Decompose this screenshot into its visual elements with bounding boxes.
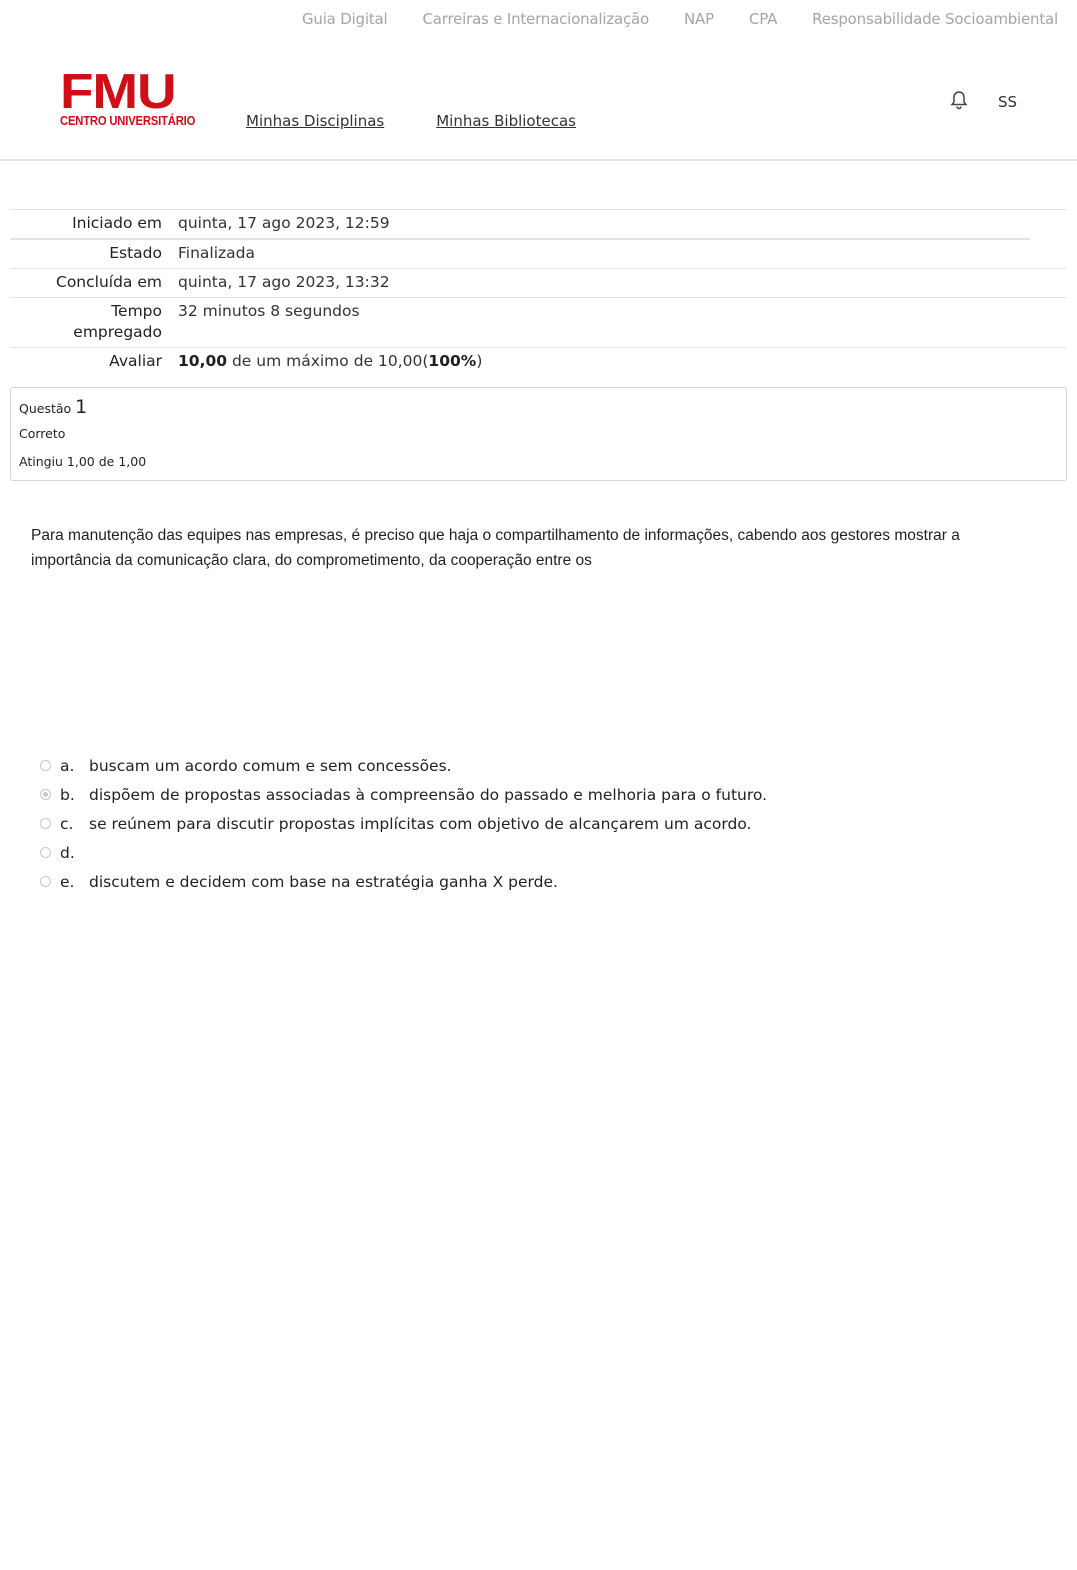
answer-option-b[interactable]: b.dispõem de propostas associadas à comp… — [40, 780, 767, 809]
summary-row-grade: Avaliar 10,00 de um máximo de 10,00(100%… — [10, 347, 1067, 376]
top-nav-carreiras[interactable]: Carreiras e Internacionalização — [423, 10, 650, 28]
summary-row-completed: Concluída em quinta, 17 ago 2023, 13:32 — [10, 268, 1067, 297]
answer-option-d[interactable]: d. — [40, 838, 767, 867]
top-nav: Guia Digital Carreiras e Internacionaliz… — [302, 10, 1058, 28]
top-nav-nap[interactable]: NAP — [684, 10, 714, 28]
summary-row-time: Tempoempregado 32 minutos 8 segundos — [10, 297, 1067, 347]
top-nav-cpa[interactable]: CPA — [749, 10, 777, 28]
top-nav-responsabilidade[interactable]: Responsabilidade Socioambiental — [812, 10, 1058, 28]
nav-minhas-bibliotecas[interactable]: Minhas Bibliotecas — [436, 112, 576, 130]
logo-title: FMU — [60, 72, 213, 112]
answer-option-a[interactable]: a.buscam um acordo comum e sem concessõe… — [40, 751, 767, 780]
question-status: Correto — [19, 426, 65, 441]
question-text: Para manutenção das equipes nas empresas… — [31, 523, 1031, 573]
summary-row-started: Iniciado em quinta, 17 ago 2023, 12:59 — [10, 209, 1067, 238]
question-number: Questão 1 — [19, 396, 87, 418]
fmu-logo[interactable]: FMU CENTRO UNIVERSITÁRIO — [60, 72, 197, 128]
radio-a[interactable] — [40, 760, 51, 771]
radio-c[interactable] — [40, 818, 51, 829]
question-grade: Atingiu 1,00 de 1,00 — [19, 454, 146, 469]
radio-e[interactable] — [40, 876, 51, 887]
answer-option-e[interactable]: e.discutem e decidem com base na estraté… — [40, 867, 767, 896]
logo-subtitle: CENTRO UNIVERSITÁRIO — [60, 114, 183, 128]
question-info: Questão 1 Correto Atingiu 1,00 de 1,00 — [10, 387, 1067, 481]
radio-d[interactable] — [40, 847, 51, 858]
answer-options: a.buscam um acordo comum e sem concessõe… — [40, 751, 767, 896]
radio-b[interactable] — [40, 789, 51, 800]
main-nav: Minhas Disciplinas Minhas Bibliotecas — [246, 112, 576, 130]
user-menu-initials[interactable]: SS — [998, 93, 1017, 111]
attempt-summary: Iniciado em quinta, 17 ago 2023, 12:59 E… — [10, 209, 1067, 376]
top-nav-guia-digital[interactable]: Guia Digital — [302, 10, 388, 28]
user-nav: SS — [950, 90, 1017, 114]
summary-row-state: Estado Finalizada — [10, 238, 1030, 268]
bell-icon[interactable] — [950, 90, 968, 114]
answer-option-c[interactable]: c.se reúnem para discutir propostas impl… — [40, 809, 767, 838]
site-header: FMU CENTRO UNIVERSITÁRIO Minhas Discipli… — [0, 50, 1077, 161]
nav-minhas-disciplinas[interactable]: Minhas Disciplinas — [246, 112, 384, 130]
